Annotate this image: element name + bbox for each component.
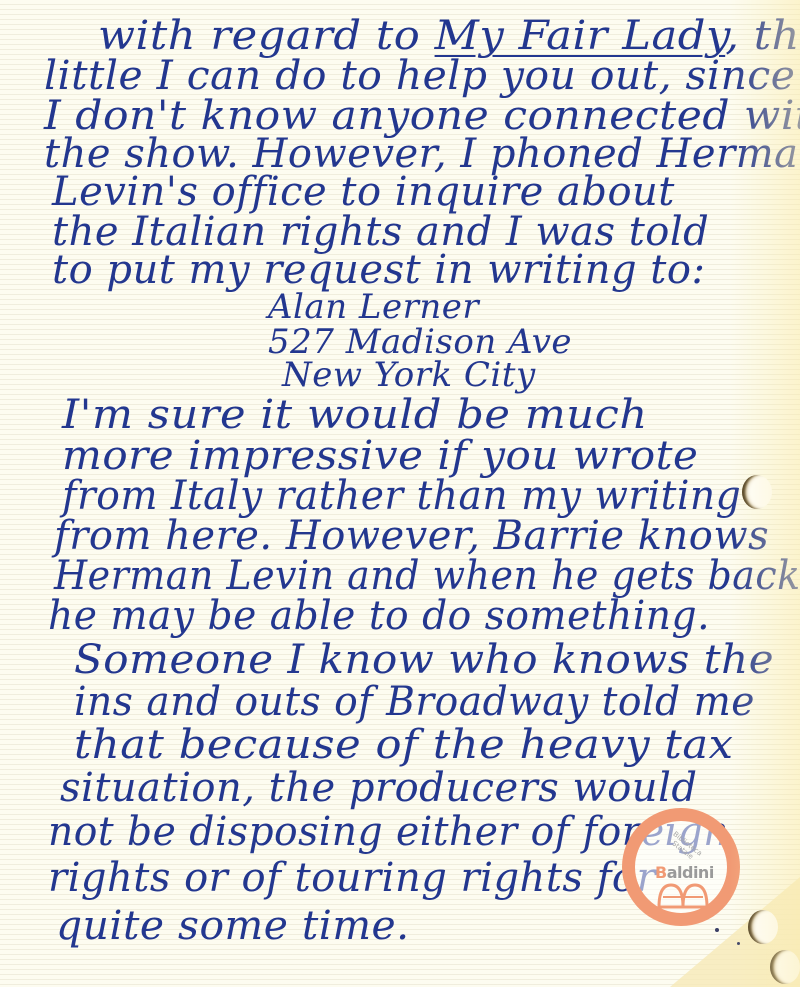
stamp-name: Baldini [655, 863, 714, 882]
letter-line-18: ins and outs of Broadway told me [74, 682, 755, 722]
book-b-icon [657, 881, 709, 909]
letter-line-5: Levin's office to inquire about [52, 172, 675, 212]
address-name: Alan Lerner [268, 290, 479, 324]
stamp-name-rest: aldini [667, 863, 714, 882]
letter-line-19: that because of the heavy tax [74, 725, 734, 765]
stamp-small-text: Biblioteca Statale [664, 828, 705, 865]
letter-line-6: the Italian rights and I was told [52, 212, 709, 252]
punch-hole-top [742, 475, 772, 509]
letter-line-12: more impressive if you wrote [62, 436, 698, 476]
letter-line-20: situation, the producers would [60, 768, 697, 808]
letter-line-22: rights or of touring rights for [48, 858, 656, 898]
letter-line-3: I don't know anyone connected with [44, 96, 800, 136]
letter-line-7: to put my request in writing to: [52, 250, 705, 290]
ink-dot [715, 928, 719, 932]
letter-line-1: with regard to My Fair Lady, there's [98, 16, 800, 56]
letter-line-11: I'm sure it would be much [62, 395, 648, 435]
letter-line-23: quite some time. [56, 906, 410, 946]
letter-line-14: from here. However, Barrie knows [54, 516, 769, 556]
letter-line-2: little I can do to help you out, since [44, 56, 795, 96]
baldini-stamp-logo: Biblioteca Statale Baldini [622, 808, 740, 926]
letter-page: with regard to My Fair Lady, there's lit… [0, 0, 800, 987]
letter-line-4: the show. However, I phoned Herman [44, 134, 800, 174]
punch-hole-lower-1 [748, 910, 778, 944]
letter-line-15: Herman Levin and when he gets back [54, 556, 800, 596]
letter-line-17: Someone I know who knows the [74, 640, 774, 680]
stamp-name-initial: B [655, 863, 667, 882]
ink-dot [737, 942, 740, 945]
letter-line-13: from Italy rather than my writing [62, 476, 741, 516]
address-street: 527 Madison Ave [268, 325, 572, 359]
letter-line-16: he may be able to do something. [48, 596, 710, 636]
address-city: New York City [282, 358, 536, 392]
punch-hole-lower-2 [770, 950, 800, 984]
